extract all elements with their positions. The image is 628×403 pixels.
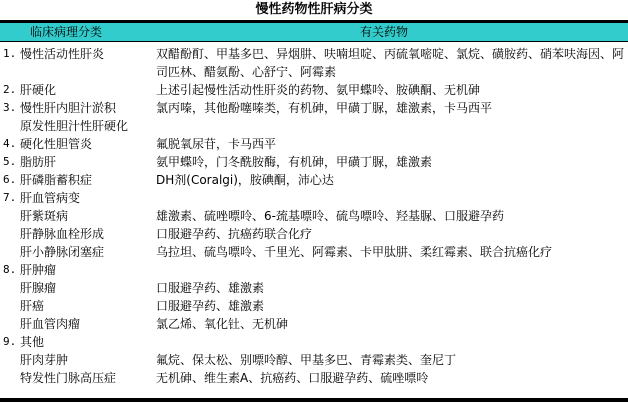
row-drugs [156,261,626,279]
row-number [0,351,20,369]
table-row: 1.慢性活动性肝炎双醋酚酊、甲基多巴、异烟肼、呋喃坦啶、丙硫氧嘧啶、氯烷、磺胺药… [0,45,628,81]
table-body: 1.慢性活动性肝炎双醋酚酊、甲基多巴、异烟肼、呋喃坦啶、丙硫氧嘧啶、氯烷、磺胺药… [0,42,628,387]
table-row: 5.脂肪肝氨甲蝶呤，门冬酰胺酶，有机砷，甲磺丁脲，雄激素 [0,153,628,171]
row-number [0,369,20,387]
table-row: 2.肝硬化上述引起慢性活动性肝炎的药物、氨甲蝶呤、胺碘酮、无机砷 [0,81,628,99]
row-drugs: 氟脱氧尿苷，卡马西平 [156,135,626,153]
row-category: 肝肿瘤 [20,261,156,279]
row-drugs: 乌拉坦、硫鸟嘌呤、千里光、阿霉素、卡甲肽肼、柔红霉素、联合抗癌化疗 [156,243,626,261]
table-row: 4.硬化性胆管炎氟脱氧尿苷，卡马西平 [0,135,628,153]
row-drugs: 氟烷、保太松、别嘌呤醇、甲基多巴、青霉素类、奎尼丁 [156,351,626,369]
row-number: 3. [0,99,20,117]
table-row: 肝紫斑病雄激素、硫唑嘌呤、6-巯基嘌呤、硫鸟嘌呤、羟基脲、口服避孕药 [0,207,628,225]
header-drugs: 有关药物 [140,23,628,41]
row-drugs [156,333,626,351]
table-row: 原发性胆汁性肝硬化 [0,117,628,135]
row-number [0,279,20,297]
row-drugs: 口服避孕药、雄激素 [156,297,626,315]
row-number: 6. [0,171,20,189]
row-number: 1. [0,45,20,81]
table-bottom-border [0,398,628,402]
row-category: 肝小静脉闭塞症 [20,243,156,261]
table-row: 8.肝肿瘤 [0,261,628,279]
row-number: 7. [0,189,20,207]
row-number [0,225,20,243]
row-category: 肝腺瘤 [20,279,156,297]
table-row: 肝静脉血栓形成口服避孕药、抗癌药联合化疗 [0,225,628,243]
header-category: 临床病理分类 [0,23,140,41]
row-category: 硬化性胆管炎 [20,135,156,153]
table-row: 6.肝磷脂蓄积症DH剂(Coralgi)，胺碘酮，沛心达 [0,171,628,189]
table-row: 肝癌口服避孕药、雄激素 [0,297,628,315]
row-drugs: 氯丙嗪，其他酚噻嗪类，有机砷，甲磺丁脲，雄激素，卡马西平 [156,99,626,117]
row-category: 肝血管病变 [20,189,156,207]
row-drugs: 氯乙烯、氧化钍、无机砷 [156,315,626,333]
row-category: 其他 [20,333,156,351]
row-number: 2. [0,81,20,99]
row-number [0,207,20,225]
row-number [0,297,20,315]
row-number: 9. [0,333,20,351]
row-number [0,315,20,333]
row-drugs: 口服避孕药、抗癌药联合化疗 [156,225,626,243]
row-category: 肝紫斑病 [20,207,156,225]
table-title: 慢性药物性肝病分类 [0,2,628,18]
row-drugs: 上述引起慢性活动性肝炎的药物、氨甲蝶呤、胺碘酮、无机砷 [156,81,626,99]
table-row: 特发性门脉高压症无机砷、维生素A、抗癌药、口服避孕药、硫唑嘌呤 [0,369,628,387]
row-drugs [156,117,626,135]
table-row: 7.肝血管病变 [0,189,628,207]
row-number: 5. [0,153,20,171]
table-header: 临床病理分类 有关药物 [0,20,628,42]
row-drugs: 无机砷、维生素A、抗癌药、口服避孕药、硫唑嘌呤 [156,369,626,387]
row-number: 8. [0,261,20,279]
row-category: 肝硬化 [20,81,156,99]
table-row: 肝肉芽肿氟烷、保太松、别嘌呤醇、甲基多巴、青霉素类、奎尼丁 [0,351,628,369]
row-number [0,243,20,261]
row-number [0,117,20,135]
drug-liver-disease-table: 临床病理分类 有关药物 1.慢性活动性肝炎双醋酚酊、甲基多巴、异烟肼、呋喃坦啶、… [0,20,628,387]
row-drugs: 雄激素、硫唑嘌呤、6-巯基嘌呤、硫鸟嘌呤、羟基脲、口服避孕药 [156,207,626,225]
table-row: 肝血管肉瘤氯乙烯、氧化钍、无机砷 [0,315,628,333]
row-drugs: 氨甲蝶呤，门冬酰胺酶，有机砷，甲磺丁脲，雄激素 [156,153,626,171]
row-category: 肝磷脂蓄积症 [20,171,156,189]
table-row: 9.其他 [0,333,628,351]
table-row: 肝腺瘤口服避孕药、雄激素 [0,279,628,297]
row-drugs: DH剂(Coralgi)，胺碘酮，沛心达 [156,171,626,189]
table-row: 肝小静脉闭塞症乌拉坦、硫鸟嘌呤、千里光、阿霉素、卡甲肽肼、柔红霉素、联合抗癌化疗 [0,243,628,261]
row-drugs: 双醋酚酊、甲基多巴、异烟肼、呋喃坦啶、丙硫氧嘧啶、氯烷、磺胺药、硝苯呋海因、阿司… [156,45,626,81]
row-number: 4. [0,135,20,153]
row-category: 特发性门脉高压症 [20,369,156,387]
row-category: 肝癌 [20,297,156,315]
row-category: 肝静脉血栓形成 [20,225,156,243]
table-row: 3.慢性肝内胆汁淤积氯丙嗪，其他酚噻嗪类，有机砷，甲磺丁脲，雄激素，卡马西平 [0,99,628,117]
row-category: 慢性肝内胆汁淤积 [20,99,156,117]
row-category: 肝血管肉瘤 [20,315,156,333]
row-category: 肝肉芽肿 [20,351,156,369]
row-drugs [156,189,626,207]
row-category: 慢性活动性肝炎 [20,45,156,81]
row-category: 原发性胆汁性肝硬化 [20,117,156,135]
row-drugs: 口服避孕药、雄激素 [156,279,626,297]
row-category: 脂肪肝 [20,153,156,171]
